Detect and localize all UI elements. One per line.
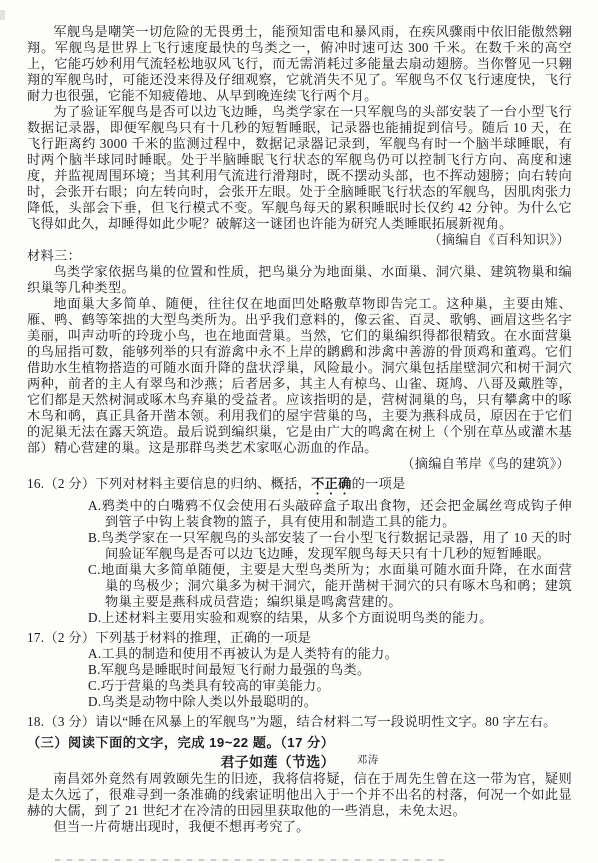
question-16-stem-emphasis: 不正确: [311, 476, 351, 491]
material3-paragraph-2: 地面巢大多简单、随便，往往仅在地面凹处略敷草物即告完工。这种巢，主要由雉、雁、鸭…: [27, 296, 572, 456]
material3-attribution: （摘编自苇岸《鸟的建筑》）: [27, 456, 572, 472]
option-label: D.: [88, 610, 101, 625]
material2-attribution: （摘编自《百科知识》）: [27, 232, 572, 248]
question-16-option-a: A.鸦类中的白嘴鸦不仅会使用石头敲碎盒子取出食物，还会把金属丝弯成钩子伸到管子中…: [88, 498, 572, 530]
option-label: C.: [88, 562, 101, 577]
option-label: C.: [88, 678, 101, 693]
question-17-option-b: B.军舰鸟是睡眠时间最短飞行耐力最强的鸟类。: [88, 662, 572, 678]
option-text: 鸟类学家在一只军舰鸟的头部安装了一台小型飞行数据记录器，用了 10 天的时间验证…: [101, 530, 572, 561]
material2-paragraph-1: 军舰鸟是嘲笑一切危险的无畏勇士，能预知雷电和暴风雨，在疾风骤雨中依旧能傲然翱翔。…: [27, 24, 572, 104]
question-17-option-c: C.巧于营巢的鸟类具有较高的审美能力。: [88, 678, 572, 694]
option-label: A.: [88, 498, 101, 513]
option-text: 军舰鸟是睡眠时间最短飞行耐力最强的鸟类。: [101, 662, 371, 677]
question-16-option-d: D.上述材料主要用实验和观察的结果，从多个方面说明鸟类的能力。: [88, 610, 572, 626]
question-17-option-a: A.工具的制造和使用不再被认为是人类特有的能力。: [88, 646, 572, 662]
material2-paragraph-2: 为了验证军舰鸟是否可以边飞边睡，鸟类学家在一只军舰鸟的头部安装了一台小型飞行数据…: [27, 104, 572, 232]
option-label: D.: [88, 694, 101, 709]
scan-smudge: [0, 10, 5, 20]
question-16-stem: 16.（2 分）下列对材料主要信息的归纳、概括，不正确的一项是: [27, 476, 572, 498]
option-label: A.: [88, 646, 101, 661]
option-text: 巧于营巢的鸟类具有较高的审美能力。: [101, 678, 330, 693]
section-3-heading: （三）阅读下面的文字，完成 19~22 题。（17 分）: [27, 735, 572, 751]
essay-author: 邓涛: [357, 753, 379, 770]
option-label: B.: [88, 530, 101, 545]
question-16-stem-prefix: 16.（2 分）下列对材料主要信息的归纳、概括，: [27, 476, 311, 491]
question-17-stem: 17.（2 分）下列基于材料的推理，正确的一项是: [27, 630, 572, 646]
question-16-stem-suffix: 的一项是: [352, 476, 406, 491]
question-16-option-c: C.地面巢大多简单随便，主要是大型鸟类所为；水面巢可随水面升降，在水面营巢的鸟极…: [88, 562, 572, 610]
question-16-option-b: B.鸟类学家在一只军舰鸟的头部安装了一台小型飞行数据记录器，用了 10 天的时间…: [88, 530, 572, 562]
exam-page: 军舰鸟是嘲笑一切危险的无畏勇士，能预知雷电和暴风雨，在疾风骤雨中依旧能傲然翱翔。…: [0, 0, 598, 863]
essay-title-row: 君子如莲（节选） 邓涛: [27, 753, 572, 770]
scan-bottom-artifact: [55, 859, 445, 861]
option-text: 鸦类中的白嘴鸦不仅会使用石头敲碎盒子取出食物，还会把金属丝弯成钩子伸到管子中钩上…: [101, 498, 572, 529]
exam-content: 军舰鸟是嘲笑一切危险的无畏勇士，能预知雷电和暴风雨，在疾风骤雨中依旧能傲然翱翔。…: [27, 24, 572, 835]
material3-label: 材料三：: [27, 248, 572, 264]
option-text: 地面巢大多简单随便，主要是大型鸟类所为；水面巢可随水面升降，在水面营巢的鸟极少；…: [101, 562, 572, 609]
essay-paragraph-1: 南昌郊外竟然有周敦颐先生的旧迹，我将信将疑，信在于周先生曾在这一带为官，疑则是太…: [27, 771, 572, 819]
option-text: 工具的制造和使用不再被认为是人类特有的能力。: [101, 646, 398, 661]
option-text: 上述材料主要用实验和观察的结果，从多个方面说明鸟类的能力。: [101, 610, 492, 625]
option-label: B.: [88, 662, 101, 677]
question-17-option-d: D.鸟类是动物中除人类以外最聪明的。: [88, 694, 572, 710]
essay-title: 君子如莲（节选）: [220, 754, 334, 770]
material3-paragraph-1: 鸟类学家依据鸟巢的位置和性质，把鸟巢分为地面巢、水面巢、洞穴巢、建筑物巢和编织巢…: [27, 264, 572, 296]
option-text: 鸟类是动物中除人类以外最聪明的。: [101, 694, 317, 709]
question-18-stem: 18.（3 分）请以“睡在风暴上的军舰鸟”为题，结合材料二写一段说明性文字。80…: [27, 714, 572, 730]
essay-paragraph-2: 但当一片荷塘出现时，我便不想再考究了。: [27, 819, 572, 835]
